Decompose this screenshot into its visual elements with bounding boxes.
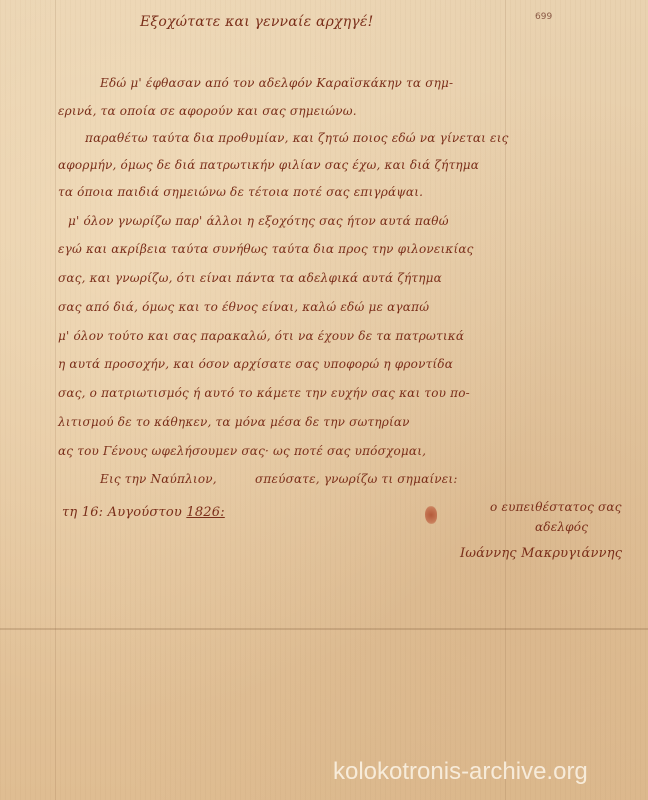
signature-closing-2: αδελφός [535,520,588,534]
body-line: σας, και γνωρίζω, ότι είναι πάντα τα αδε… [58,271,442,285]
body-line: αφορμήν, όμως δε διά πατρωτικήν φιλίαν σ… [58,158,479,172]
body-line: λιτισμού δε το κάθηκεν, τα μόνα μέσα δε … [58,415,410,429]
paper-margin-line [55,0,56,800]
date-line: τη 16: Αυγούστου 1826: [62,505,225,520]
watermark-text: kolokotronis-archive.org [333,758,588,786]
body-line: ας του Γένους ωφελήσουμεν σας· ως ποτέ σ… [58,444,426,458]
date-day: 16: [82,505,104,520]
body-line: Εδώ μ' έφθασαν από τον αδελφόν Καραϊσκάκ… [100,76,453,90]
ink-stain [425,506,437,524]
place-line: Εις την Ναύπλιον, [100,472,217,486]
salutation: Εξοχώτατε και γενναίε αρχηγέ! [140,14,373,30]
body-line: σας από διά, όμως και το έθνος είναι, κα… [58,300,429,314]
page-number: 699 [535,12,552,22]
signature: Ιωάννης Μακρυγιάννης [460,546,622,561]
body-line: η αυτά προσοχήν, και όσον αρχίσατε σας υ… [58,357,453,371]
date-month: Αυγούστου [108,505,182,520]
body-line: ερινά, τα οποία σε αφορούν και σας σημει… [58,104,357,118]
signature-closing: ο ευπειθέστατος σας [490,500,622,514]
paper-fold-line [0,628,648,630]
paper-fold-line [505,0,506,800]
body-line: μ' όλον τούτο και σας παρακαλώ, ότι να έ… [58,329,464,343]
date-prefix: τη [62,505,77,520]
body-line: μ' όλον γνωρίζω παρ' άλλοι η εξοχότης σα… [68,214,449,228]
body-line: σας, ο πατριωτισμός ή αυτό το κάμετε την… [58,386,470,400]
body-line: εγώ και ακρίβεια ταύτα συνήθως ταύτα δια… [58,242,474,256]
closing-phrase: σπεύσατε, γνωρίζω τι σημαίνει: [255,472,458,486]
body-line: παραθέτω ταύτα δια προθυμίαν, και ζητώ π… [85,131,509,145]
body-line: τα όποια παιδιά σημειώνω δε τέτοια ποτέ … [58,185,423,199]
date-year: 1826: [186,505,224,520]
manuscript-page: 699 Εξοχώτατε και γενναίε αρχηγέ! Εδώ μ'… [0,0,648,800]
